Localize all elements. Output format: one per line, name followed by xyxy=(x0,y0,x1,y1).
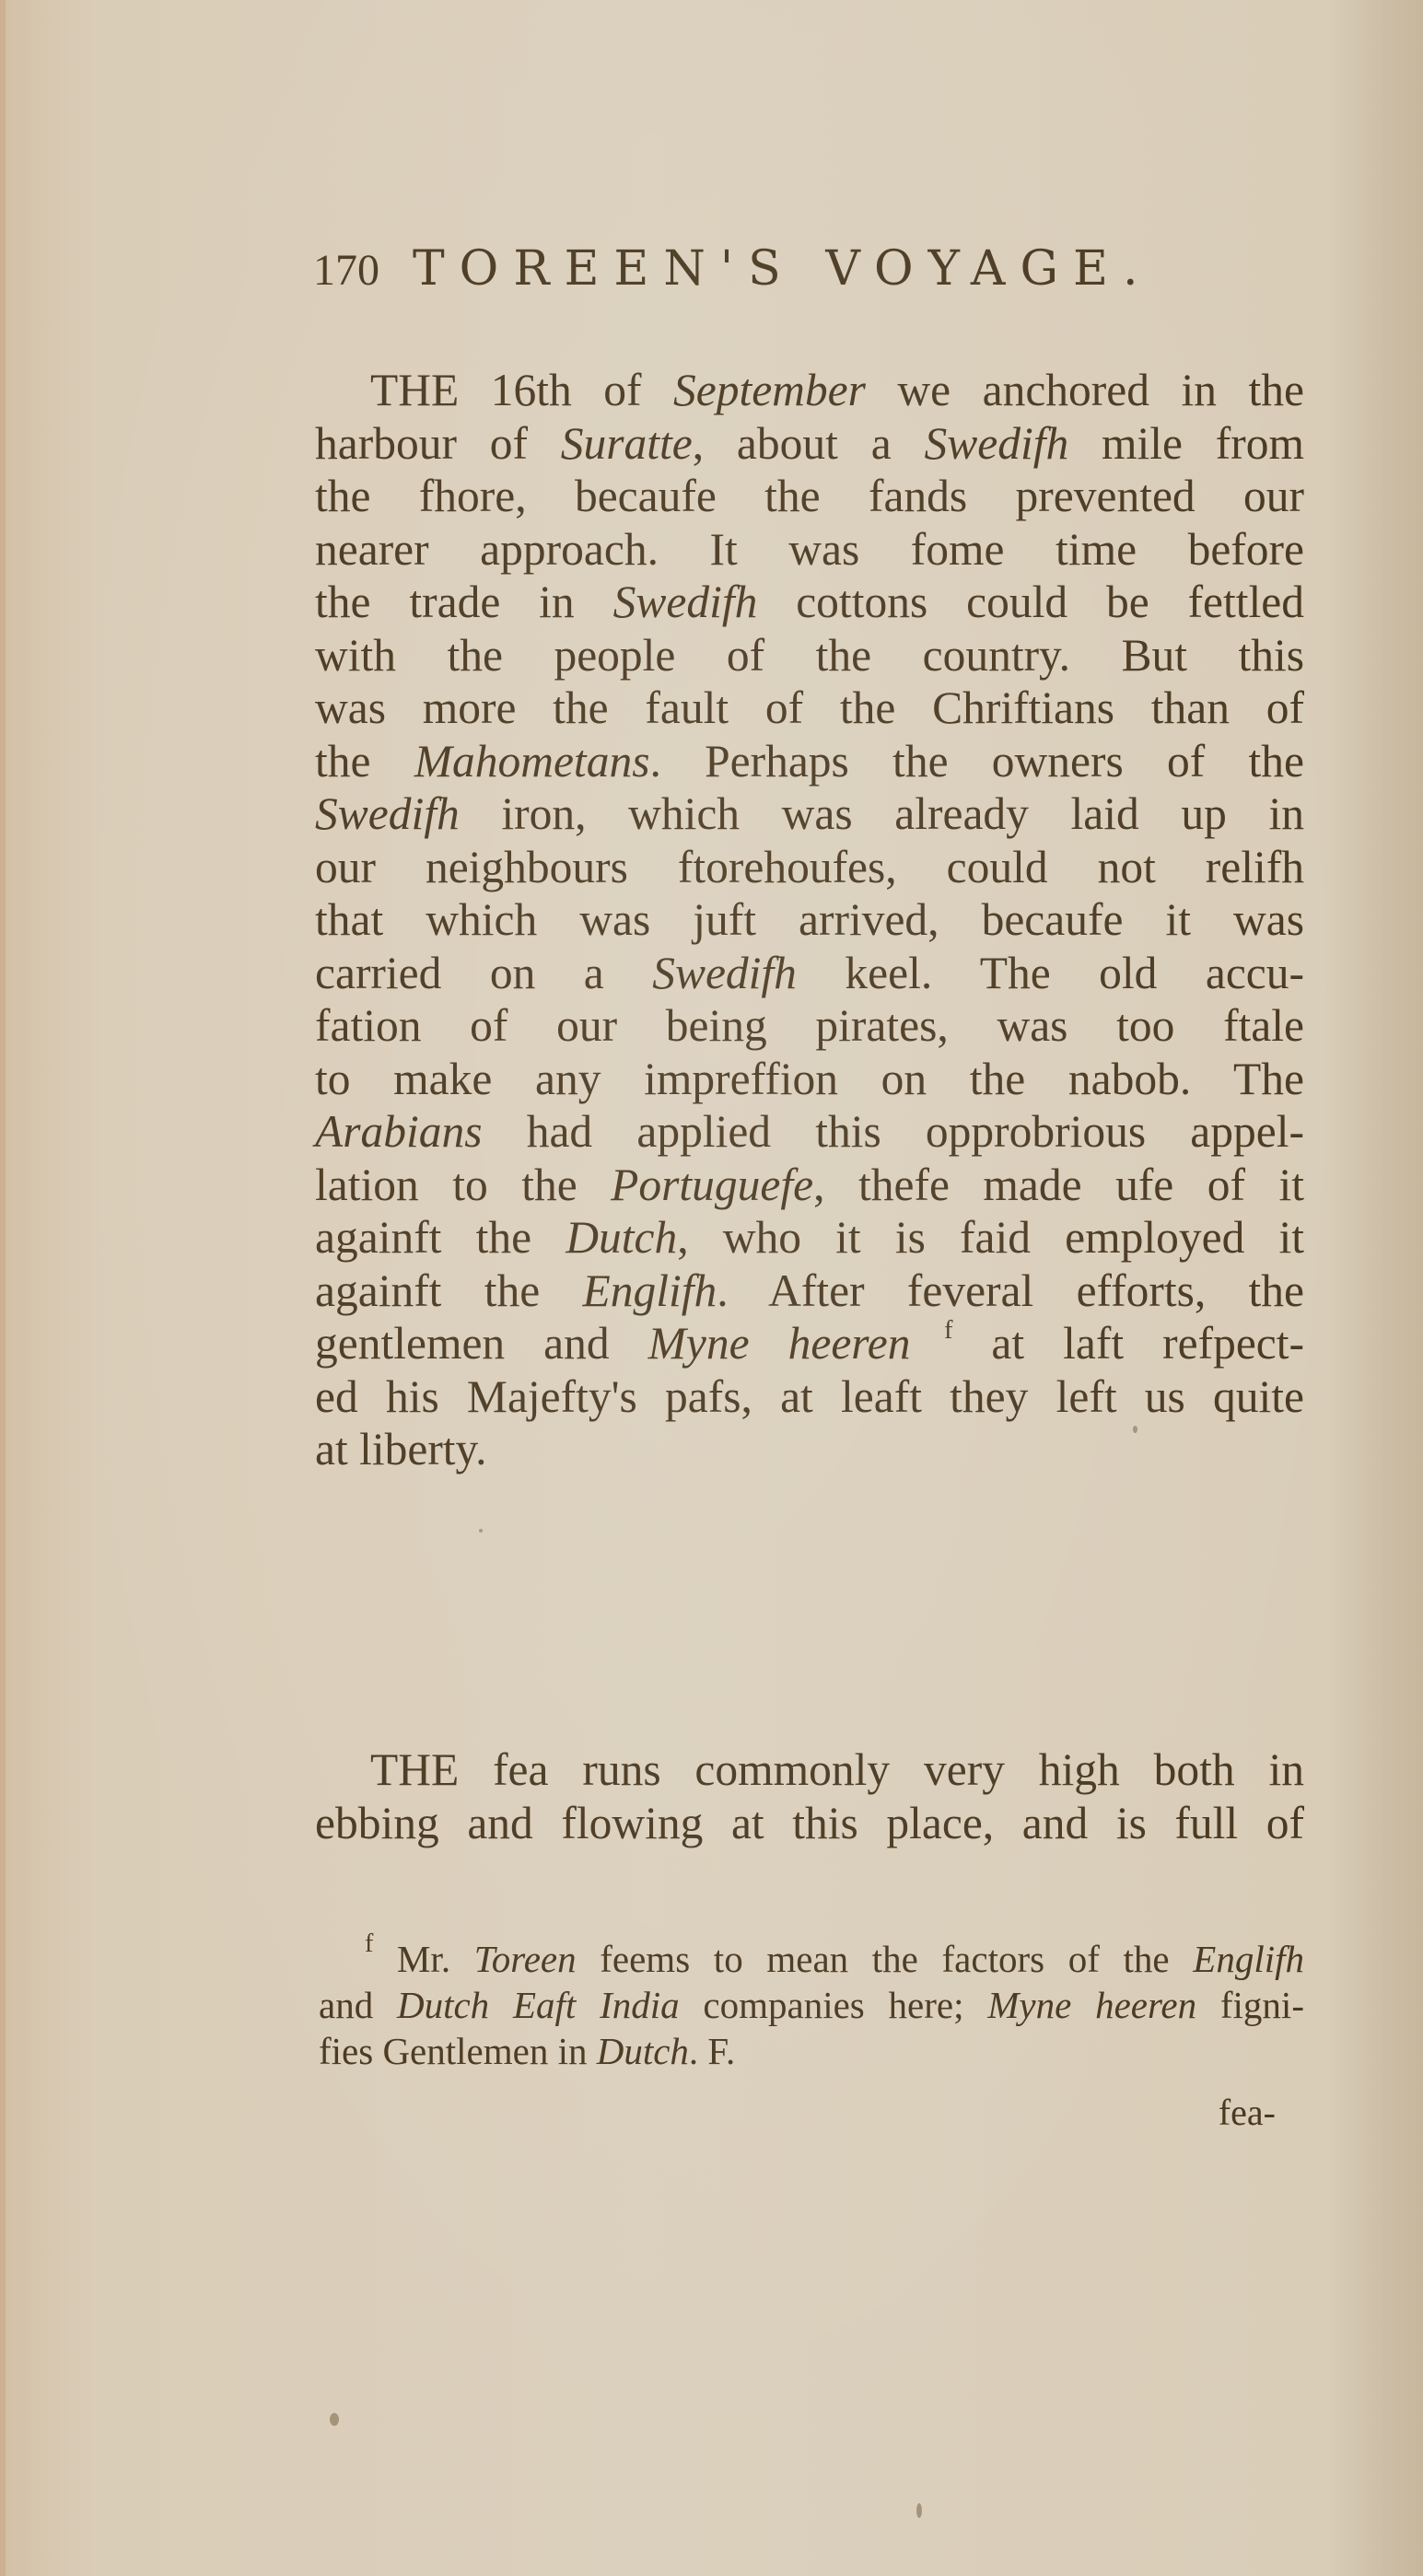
text-line: harbour of Suratte, about a Swedifh mile… xyxy=(315,417,1304,471)
footnote-line: fies Gentlemen in Dutch. F. xyxy=(319,2028,1304,2074)
text-line: againft the Englifh. After feveral effor… xyxy=(315,1265,1304,1318)
text-line: the trade in Swedifh cottons could be fe… xyxy=(315,576,1304,629)
footnote-marker: f xyxy=(365,1929,373,1958)
text-line: againft the Dutch, who it is faid employ… xyxy=(315,1211,1304,1265)
footnote-reference: f xyxy=(910,1316,952,1345)
text-line: with the people of the country. But this xyxy=(315,629,1304,682)
page-gutter-edge xyxy=(0,0,6,2576)
text-line: to make any impreffion on the nabob. The xyxy=(315,1053,1304,1106)
text-line: that which was juft arrived, becaufe it … xyxy=(315,893,1304,947)
text-line: fation of our being pirates, was too fta… xyxy=(315,999,1304,1053)
page-number: 170 xyxy=(313,246,379,295)
text-line: the Mahometans. Perhaps the owners of th… xyxy=(315,735,1304,788)
paragraph-2: THE fea runs commonly very high both in … xyxy=(315,1743,1304,1849)
book-page: 170TOREEN'S VOYAGE. THE 16th of Septembe… xyxy=(0,0,1423,2576)
footnote: f Mr. Toreen feems to mean the factors o… xyxy=(319,1936,1304,2074)
text-line: our neighbours ftorehoufes, could not re… xyxy=(315,841,1304,894)
text-line: Swedifh iron, which was already laid up … xyxy=(315,787,1304,841)
text-line: at liberty. xyxy=(315,1423,1304,1476)
text-line: lation to the Portuguefe, thefe made ufe… xyxy=(315,1159,1304,1212)
text-line: the fhore, becaufe the fands prevented o… xyxy=(315,470,1304,523)
footnote-line: f Mr. Toreen feems to mean the factors o… xyxy=(319,1936,1304,1982)
footnote-line: and Dutch Eaft India companies here; Myn… xyxy=(319,1982,1304,2028)
text-line: THE fea runs commonly very high both in xyxy=(315,1743,1304,1797)
paragraph-1: THE 16th of September we anchored in the… xyxy=(315,364,1304,1476)
running-title: TOREEN'S VOYAGE. xyxy=(413,241,1152,297)
text-line: gentlemen and Myne heeren f at laft refp… xyxy=(315,1317,1304,1370)
catchword: fea- xyxy=(1219,2091,1276,2134)
text-line: nearer approach. It was fome time before xyxy=(315,523,1304,577)
text-line: Arabians had applied this opprobrious ap… xyxy=(315,1105,1304,1159)
text-line: carried on a Swedifh keel. The old accu- xyxy=(315,947,1304,1000)
text-line: was more the fault of the Chriftians tha… xyxy=(315,682,1304,735)
text-line: THE 16th of September we anchored in the xyxy=(315,364,1304,417)
text-line: ebbing and flowing at this place, and is… xyxy=(315,1797,1304,1850)
text-line: ed his Majefty's pafs, at leaft they lef… xyxy=(315,1370,1304,1424)
running-head: 170TOREEN'S VOYAGE. xyxy=(313,241,1152,297)
